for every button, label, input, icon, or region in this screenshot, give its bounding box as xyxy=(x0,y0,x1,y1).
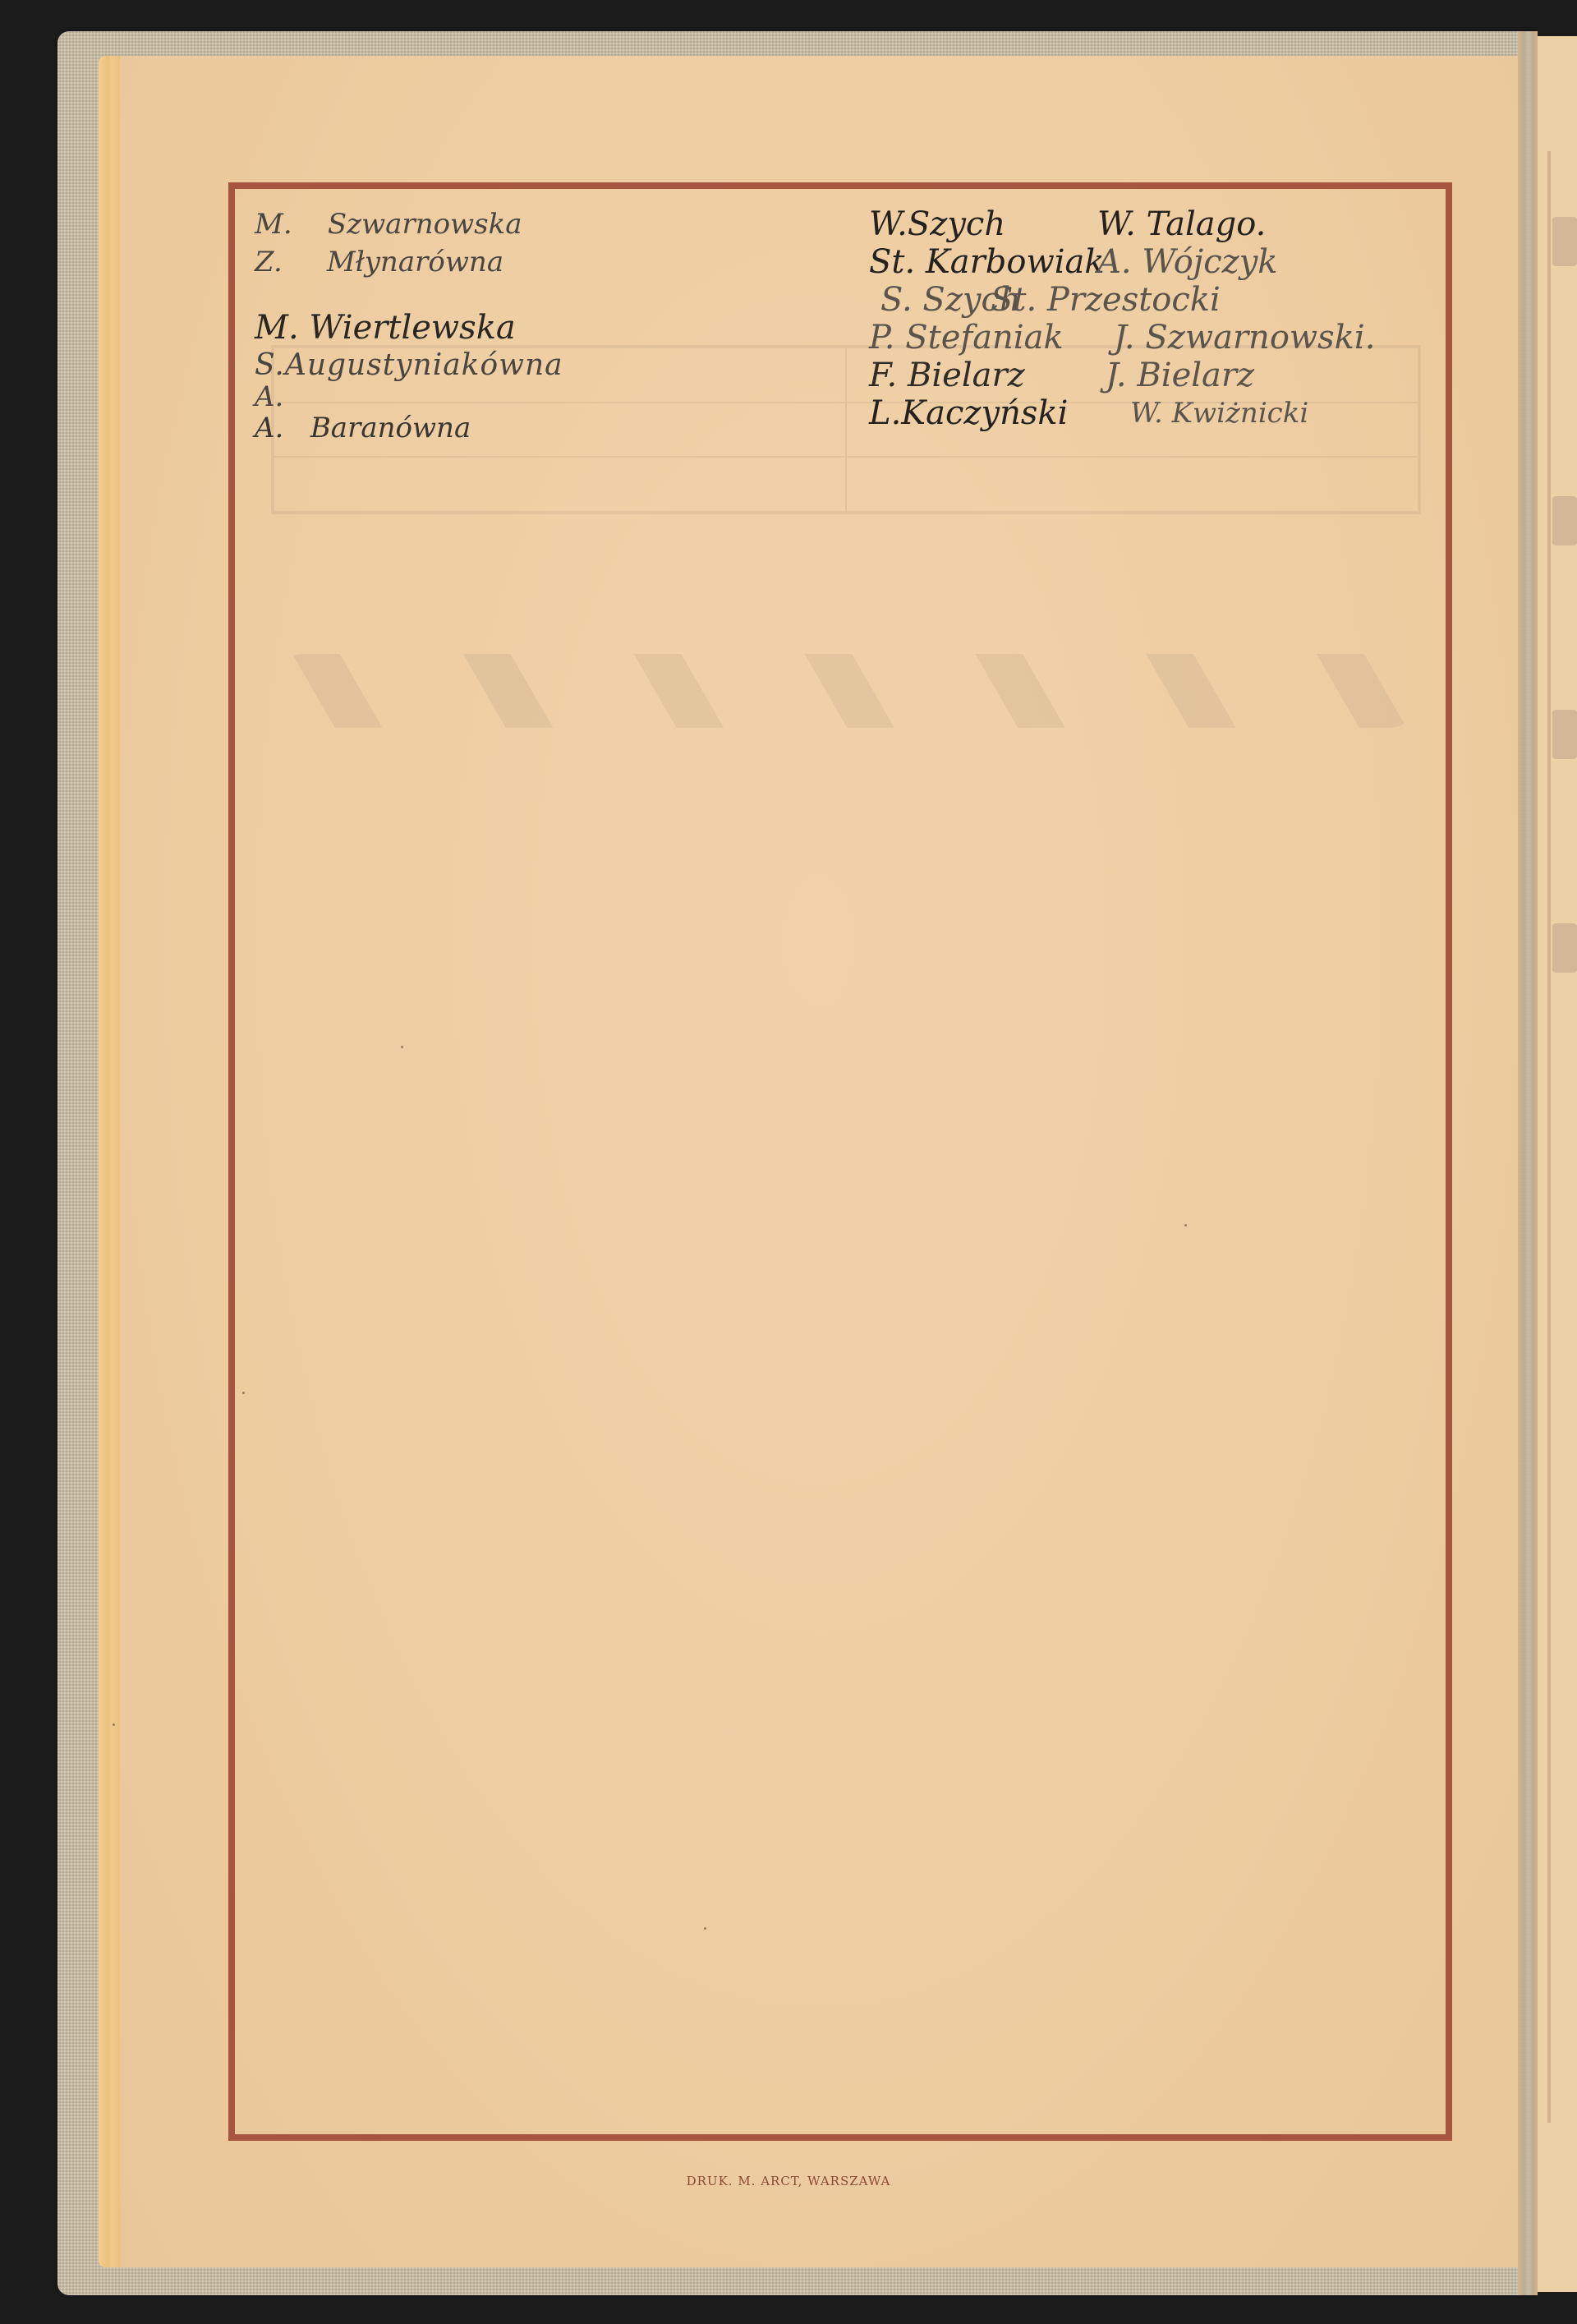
adjacent-page-edge xyxy=(1538,36,1577,2292)
signature: W. Kwiżnicki xyxy=(1097,394,1375,432)
signature: Z. Młynarówna xyxy=(255,243,563,281)
signature-initial: M. xyxy=(255,208,292,241)
signature-initial: W. xyxy=(869,205,908,243)
signature: F. Bielarz xyxy=(869,357,1105,394)
paper-speck xyxy=(1184,1224,1187,1226)
signature-initial: A. xyxy=(255,380,283,413)
signature-initial: L. xyxy=(869,394,901,432)
signature-surname: Kwiżnicki xyxy=(1172,397,1309,430)
signature: P. Stefaniak xyxy=(869,319,1105,357)
signature: J. Szwarnowski. xyxy=(1097,319,1375,357)
signature-initial: St. xyxy=(991,281,1037,319)
signature-column-right: W. Talago. A. Wójczyk St. Przestocki J. … xyxy=(1097,205,1375,432)
signature-initial: W. xyxy=(1130,397,1163,430)
signature-initial: W. xyxy=(1097,205,1136,243)
signature-initial: A. xyxy=(255,412,283,444)
signature-surname: Młynarówna xyxy=(327,246,503,278)
signature: J. Bielarz xyxy=(1097,357,1375,394)
signature-initial: A. xyxy=(1097,243,1132,281)
decorative-red-frame xyxy=(228,182,1452,2141)
signature-initial: P. xyxy=(869,319,895,357)
signature: St. Przestocki xyxy=(991,281,1375,319)
signature: M. Szwarnowska xyxy=(255,205,563,243)
signature: L.Kaczyński xyxy=(869,394,1105,432)
signature-surname: Karbowiak xyxy=(926,243,1105,281)
paper-speck xyxy=(242,1392,245,1394)
signature-surname: Szych xyxy=(908,205,1005,243)
signature: M. Wiertlewska xyxy=(255,309,563,347)
signature-surname: Bielarz xyxy=(908,357,1025,394)
signature-surname: Augustyniakówna xyxy=(285,348,563,382)
adjacent-page-ornament xyxy=(1552,217,1577,266)
signature-initial: J. xyxy=(1114,319,1135,357)
signature-column-middle: W.Szych St. Karbowiak S. Szych P. Stefan… xyxy=(869,205,1105,432)
signature-surname: Talago. xyxy=(1147,205,1267,243)
signature-surname: Stefaniak xyxy=(905,319,1063,357)
signature-initial: S. xyxy=(880,281,913,319)
signature-initial: St. xyxy=(869,243,915,281)
signature: A. Wójczyk xyxy=(1097,243,1375,281)
paper-speck xyxy=(401,1046,403,1048)
signature: W.Szych xyxy=(869,205,1105,243)
adjacent-page-ornament xyxy=(1552,923,1577,973)
signature-surname: Wójczyk xyxy=(1142,243,1277,281)
signature: A. xyxy=(255,384,563,409)
signature: St. Karbowiak xyxy=(869,243,1105,281)
signature-surname: Szwarnowski. xyxy=(1145,319,1375,357)
signature: S.Augustyniakówna xyxy=(255,347,563,384)
signature: W. Talago. xyxy=(1097,205,1375,243)
signature-surname: Bielarz xyxy=(1137,357,1254,394)
signature: A. Baranówna xyxy=(255,409,563,447)
adjacent-page-frame xyxy=(1547,151,1577,2123)
signature-initial: M. xyxy=(255,309,299,347)
signature-surname: Baranówna xyxy=(310,412,471,444)
signature-surname: Przestocki xyxy=(1047,281,1221,319)
paper-speck xyxy=(113,1723,115,1726)
signature-initial: S. xyxy=(255,348,285,382)
signature-column-left: M. Szwarnowska Z. Młynarówna M. Wiertlew… xyxy=(255,205,563,447)
signature-initial: F. xyxy=(869,357,897,394)
adjacent-page-ornament xyxy=(1552,496,1577,545)
signature-initial: J. xyxy=(1106,357,1127,394)
adjacent-page-ornament xyxy=(1552,710,1577,759)
printer-imprint: DRUK. M. ARCT, WARSZAWA xyxy=(0,2174,1577,2188)
book-gutter xyxy=(1518,31,1538,2295)
page-stack-edge xyxy=(99,56,122,2267)
signature-surname: Kaczyński xyxy=(901,394,1068,432)
signature-surname: Wiertlewska xyxy=(309,309,515,347)
signature-surname: Szwarnowska xyxy=(328,208,522,241)
paper-speck xyxy=(704,1927,706,1930)
signature-initial: Z. xyxy=(255,246,283,278)
